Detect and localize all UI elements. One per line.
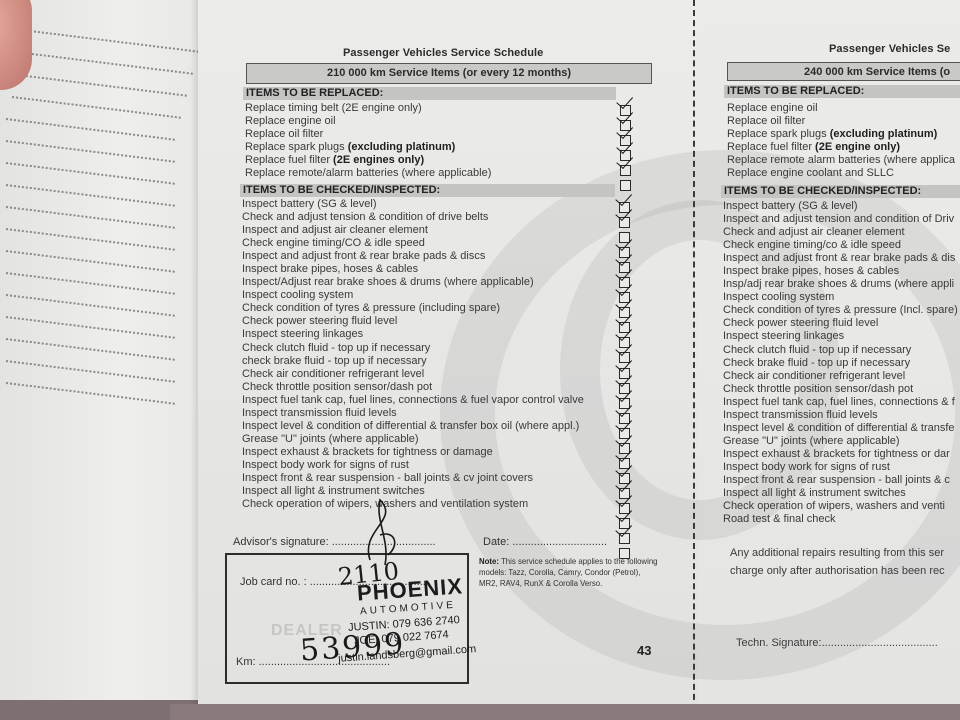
list-item: Check air conditioner refrigerant level xyxy=(242,368,584,381)
list-item: Replace engine oil xyxy=(245,115,491,128)
list-item: Check and adjust air cleaner element xyxy=(723,226,958,239)
item-text: Inspect steering linkages xyxy=(242,328,363,340)
list-item: Inspect body work for signs of rust xyxy=(723,461,958,474)
list-item: Insp/adj rear brake shoes & drums (where… xyxy=(723,278,958,291)
item-text: Inspect and adjust tension and condition… xyxy=(723,213,954,225)
list-item: Check condition of tyres & pressure (Inc… xyxy=(723,304,958,317)
list-item: Inspect all light & instrument switches xyxy=(723,487,958,500)
list-item: Replace timing belt (2E engine only) xyxy=(245,102,491,115)
list-item: Replace spark plugs (excluding platinum) xyxy=(727,128,955,141)
list-item: Inspect fuel tank cap, fuel lines, conne… xyxy=(723,396,958,409)
list-item: Check clutch fluid - top up if necessary xyxy=(723,344,958,357)
item-text: Inspect front & rear suspension - ball j… xyxy=(723,474,950,486)
list-item: Check throttle position sensor/dash pot xyxy=(242,381,584,394)
item-text: Inspect transmission fluid levels xyxy=(242,407,397,419)
ruled-line xyxy=(6,294,175,317)
item-text: Replace engine oil xyxy=(727,102,818,114)
next-service-interval-box: 240 000 km Service Items (o xyxy=(727,62,960,81)
ruled-line xyxy=(6,140,175,163)
item-text: Grease "U" joints (where applicable) xyxy=(723,435,900,447)
item-text: Inspect steering linkages xyxy=(723,330,844,342)
item-text: Check power steering fluid level xyxy=(723,317,878,329)
note-label: Note: xyxy=(479,556,499,566)
list-item: Check condition of tyres & pressure (inc… xyxy=(242,302,584,315)
list-item: Inspect level & condition of differentia… xyxy=(723,422,958,435)
next-replaced-header: ITEMS TO BE REPLACED: xyxy=(724,85,960,98)
replaced-section-header: ITEMS TO BE REPLACED: xyxy=(243,87,616,100)
page-title: Passenger Vehicles Service Schedule xyxy=(343,47,543,59)
item-text: Inspect brake pipes, hoses & cables xyxy=(723,265,899,277)
list-item: Inspect fuel tank cap, fuel lines, conne… xyxy=(242,394,584,407)
list-item: Check engine timing/CO & idle speed xyxy=(242,237,584,250)
list-item: Check power steering fluid level xyxy=(242,315,584,328)
item-text: Inspect exhaust & brackets for tightness… xyxy=(242,446,493,458)
list-item: Check engine timing/co & idle speed xyxy=(723,239,958,252)
item-text: Inspect exhaust & brackets for tightness… xyxy=(723,448,950,460)
item-text: Check and adjust tension & condition of … xyxy=(242,211,488,223)
ruled-line xyxy=(18,74,187,97)
item-text: Inspect battery (SG & level) xyxy=(242,198,377,210)
ruled-line xyxy=(6,338,175,361)
date-field[interactable]: Date: ............................... xyxy=(483,536,607,548)
list-item: Inspect front & rear suspension - ball j… xyxy=(723,474,958,487)
item-text: Replace spark plugs xyxy=(245,141,348,153)
list-item: Inspect and adjust front & rear brake pa… xyxy=(242,250,584,263)
item-text: Check and adjust air cleaner element xyxy=(723,226,905,238)
list-item: Check and adjust tension & condition of … xyxy=(242,211,584,224)
item-text: Check condition of tyres & pressure (Inc… xyxy=(723,304,958,316)
replaced-checkbox-column xyxy=(620,105,631,195)
item-bold-text: (excluding platinum) xyxy=(348,141,456,153)
item-text: Check throttle position sensor/dash pot xyxy=(723,383,913,395)
ruled-line xyxy=(6,272,175,295)
item-text: Check power steering fluid level xyxy=(242,315,397,327)
list-item: Check brake fluid - top up if necessary xyxy=(723,357,958,370)
item-text: Inspect front & rear suspension - ball j… xyxy=(242,472,533,484)
list-item: Inspect battery (SG & level) xyxy=(242,198,584,211)
list-item: Grease "U" joints (where applicable) xyxy=(242,433,584,446)
item-text: Check air conditioner refrigerant level xyxy=(723,370,905,382)
item-text: Replace oil filter xyxy=(727,115,805,127)
item-text: Inspect and adjust front & rear brake pa… xyxy=(723,252,955,264)
list-item: Replace engine oil xyxy=(727,102,955,115)
ruled-line xyxy=(6,360,175,383)
checkbox-ticked[interactable] xyxy=(619,217,630,228)
item-bold-text: (2E engines only) xyxy=(333,154,424,166)
item-text: Inspect level & condition of differentia… xyxy=(242,420,579,432)
list-item: Inspect exhaust & brackets for tightness… xyxy=(723,448,958,461)
list-item: Inspect level & condition of differentia… xyxy=(242,420,584,433)
next-checked-list: Inspect battery (SG & level)Inspect and … xyxy=(723,200,958,526)
item-bold-text: (excluding platinum) xyxy=(830,128,938,140)
left-notes-page xyxy=(0,0,205,700)
list-item: Inspect front & rear suspension - ball j… xyxy=(242,472,584,485)
checkbox-ticked[interactable] xyxy=(619,533,630,544)
ruled-line xyxy=(6,118,175,141)
ruled-line xyxy=(12,96,181,119)
item-text: Replace timing belt (2E engine only) xyxy=(245,102,422,114)
item-text: Check throttle position sensor/dash pot xyxy=(242,381,432,393)
checked-checkbox-column xyxy=(619,202,630,563)
list-item: Replace remote/alarm batteries (where ap… xyxy=(245,167,491,180)
item-text: Insp/adj rear brake shoes & drums (where… xyxy=(723,278,954,290)
additional-repairs-line2: charge only after authorisation has been… xyxy=(730,563,945,579)
item-text: Check operation of wipers, washers and v… xyxy=(723,500,945,512)
list-item: Inspect cooling system xyxy=(242,289,584,302)
list-item: Inspect battery (SG & level) xyxy=(723,200,958,213)
item-text: Replace remote/alarm batteries (where ap… xyxy=(245,167,491,179)
list-item: Inspect and adjust tension and condition… xyxy=(723,213,958,226)
item-text: Inspect transmission fluid levels xyxy=(723,409,878,421)
list-item: Inspect/Adjust rear brake shoes & drums … xyxy=(242,276,584,289)
list-item: Road test & final check xyxy=(723,513,958,526)
item-text: Inspect all light & instrument switches xyxy=(723,487,906,499)
ruled-line xyxy=(6,316,175,339)
item-text: Check clutch fluid - top up if necessary xyxy=(723,344,911,356)
item-text: Inspect cooling system xyxy=(723,291,834,303)
checked-items-list: Inspect battery (SG & level)Check and ad… xyxy=(242,198,584,511)
list-item: Inspect steering linkages xyxy=(242,328,584,341)
list-item: Replace spark plugs (excluding platinum) xyxy=(245,141,491,154)
list-item: Inspect brake pipes, hoses & cables xyxy=(242,263,584,276)
ruled-line xyxy=(30,30,199,53)
list-item: Inspect and adjust front & rear brake pa… xyxy=(723,252,958,265)
list-item: Replace engine coolant and SLLC xyxy=(727,167,955,180)
ruled-line xyxy=(6,162,175,185)
list-item: Replace fuel filter (2E engine only) xyxy=(727,141,955,154)
item-text: Replace fuel filter xyxy=(727,141,815,153)
item-text: Replace engine coolant and SLLC xyxy=(727,167,894,179)
list-item: Inspect exhaust & brackets for tightness… xyxy=(242,446,584,459)
next-checked-header: ITEMS TO BE CHECKED/INSPECTED: xyxy=(721,185,960,198)
item-text: Inspect and adjust air cleaner element xyxy=(242,224,428,236)
list-item: check brake fluid - top up if necessary xyxy=(242,355,584,368)
item-text: Check condition of tyres & pressure (inc… xyxy=(242,302,500,314)
item-text: Check brake fluid - top up if necessary xyxy=(723,357,910,369)
list-item: Inspect body work for signs of rust xyxy=(242,459,584,472)
ruled-line xyxy=(24,52,193,75)
item-text: Inspect body work for signs of rust xyxy=(723,461,890,473)
item-text: Inspect battery (SG & level) xyxy=(723,200,858,212)
list-item: Inspect cooling system xyxy=(723,291,958,304)
item-text: Inspect fuel tank cap, fuel lines, conne… xyxy=(242,394,584,406)
list-item: Inspect transmission fluid levels xyxy=(242,407,584,420)
item-text: Check engine timing/CO & idle speed xyxy=(242,237,425,249)
ruled-line xyxy=(6,250,175,273)
list-item: Replace fuel filter (2E engines only) xyxy=(245,154,491,167)
item-text: Inspect cooling system xyxy=(242,289,353,301)
list-item: Replace oil filter xyxy=(727,115,955,128)
service-interval-box: 210 000 km Service Items (or every 12 mo… xyxy=(246,63,652,84)
item-text: Road test & final check xyxy=(723,513,836,525)
list-item: Check power steering fluid level xyxy=(723,317,958,330)
checkbox-ticked[interactable] xyxy=(620,165,631,176)
item-text: Replace fuel filter xyxy=(245,154,333,166)
list-item: Inspect and adjust air cleaner element xyxy=(242,224,584,237)
item-text: Inspect fuel tank cap, fuel lines, conne… xyxy=(723,396,955,408)
replaced-items-list: Replace timing belt (2E engine only)Repl… xyxy=(245,102,491,180)
item-text: check brake fluid - top up if necessary xyxy=(242,355,427,367)
tech-signature-field[interactable]: Techn. Signature:.......................… xyxy=(736,635,938,651)
advisor-signature-scribble xyxy=(340,490,420,570)
list-item: Replace remote alarm batteries (where ap… xyxy=(727,154,955,167)
page-edge-strip xyxy=(170,704,960,720)
item-text: Inspect and adjust front & rear brake pa… xyxy=(242,250,485,262)
item-text: Replace spark plugs xyxy=(727,128,830,140)
additional-repairs-line1: Any additional repairs resulting from th… xyxy=(730,545,944,561)
item-text: Replace remote alarm batteries (where ap… xyxy=(727,154,955,166)
item-text: Replace oil filter xyxy=(245,128,323,140)
ruled-line xyxy=(6,382,175,405)
note-text: This service schedule applies to the fol… xyxy=(479,556,658,588)
list-item: Replace oil filter xyxy=(245,128,491,141)
item-text: Check clutch fluid - top up if necessary xyxy=(242,342,430,354)
ruled-line xyxy=(6,184,175,207)
item-text: Inspect level & condition of differentia… xyxy=(723,422,955,434)
item-text: Replace engine oil xyxy=(245,115,336,127)
list-item: Check clutch fluid - top up if necessary xyxy=(242,342,584,355)
item-bold-text: (2E engine only) xyxy=(815,141,900,153)
list-item: Check operation of wipers, washers and v… xyxy=(723,500,958,513)
ruled-line xyxy=(6,206,175,229)
list-item: Inspect steering linkages xyxy=(723,330,958,343)
models-note: Note: This service schedule applies to t… xyxy=(479,556,659,589)
list-item: Grease "U" joints (where applicable) xyxy=(723,435,958,448)
checked-section-header: ITEMS TO BE CHECKED/INSPECTED: xyxy=(240,184,615,197)
item-text: Inspect body work for signs of rust xyxy=(242,459,409,471)
page-number: 43 xyxy=(637,643,651,658)
next-replaced-list: Replace engine oilReplace oil filterRepl… xyxy=(727,102,955,180)
list-item: Check throttle position sensor/dash pot xyxy=(723,383,958,396)
list-item: Inspect transmission fluid levels xyxy=(723,409,958,422)
item-text: Check engine timing/co & idle speed xyxy=(723,239,901,251)
perforation-line xyxy=(693,0,695,720)
item-text: Check air conditioner refrigerant level xyxy=(242,368,424,380)
item-text: Inspect brake pipes, hoses & cables xyxy=(242,263,418,275)
item-text: Inspect/Adjust rear brake shoes & drums … xyxy=(242,276,534,288)
ruled-line xyxy=(6,228,175,251)
item-text: Grease "U" joints (where applicable) xyxy=(242,433,419,445)
list-item: Inspect brake pipes, hoses & cables xyxy=(723,265,958,278)
next-page-title: Passenger Vehicles Se xyxy=(829,43,950,55)
list-item: Check air conditioner refrigerant level xyxy=(723,370,958,383)
